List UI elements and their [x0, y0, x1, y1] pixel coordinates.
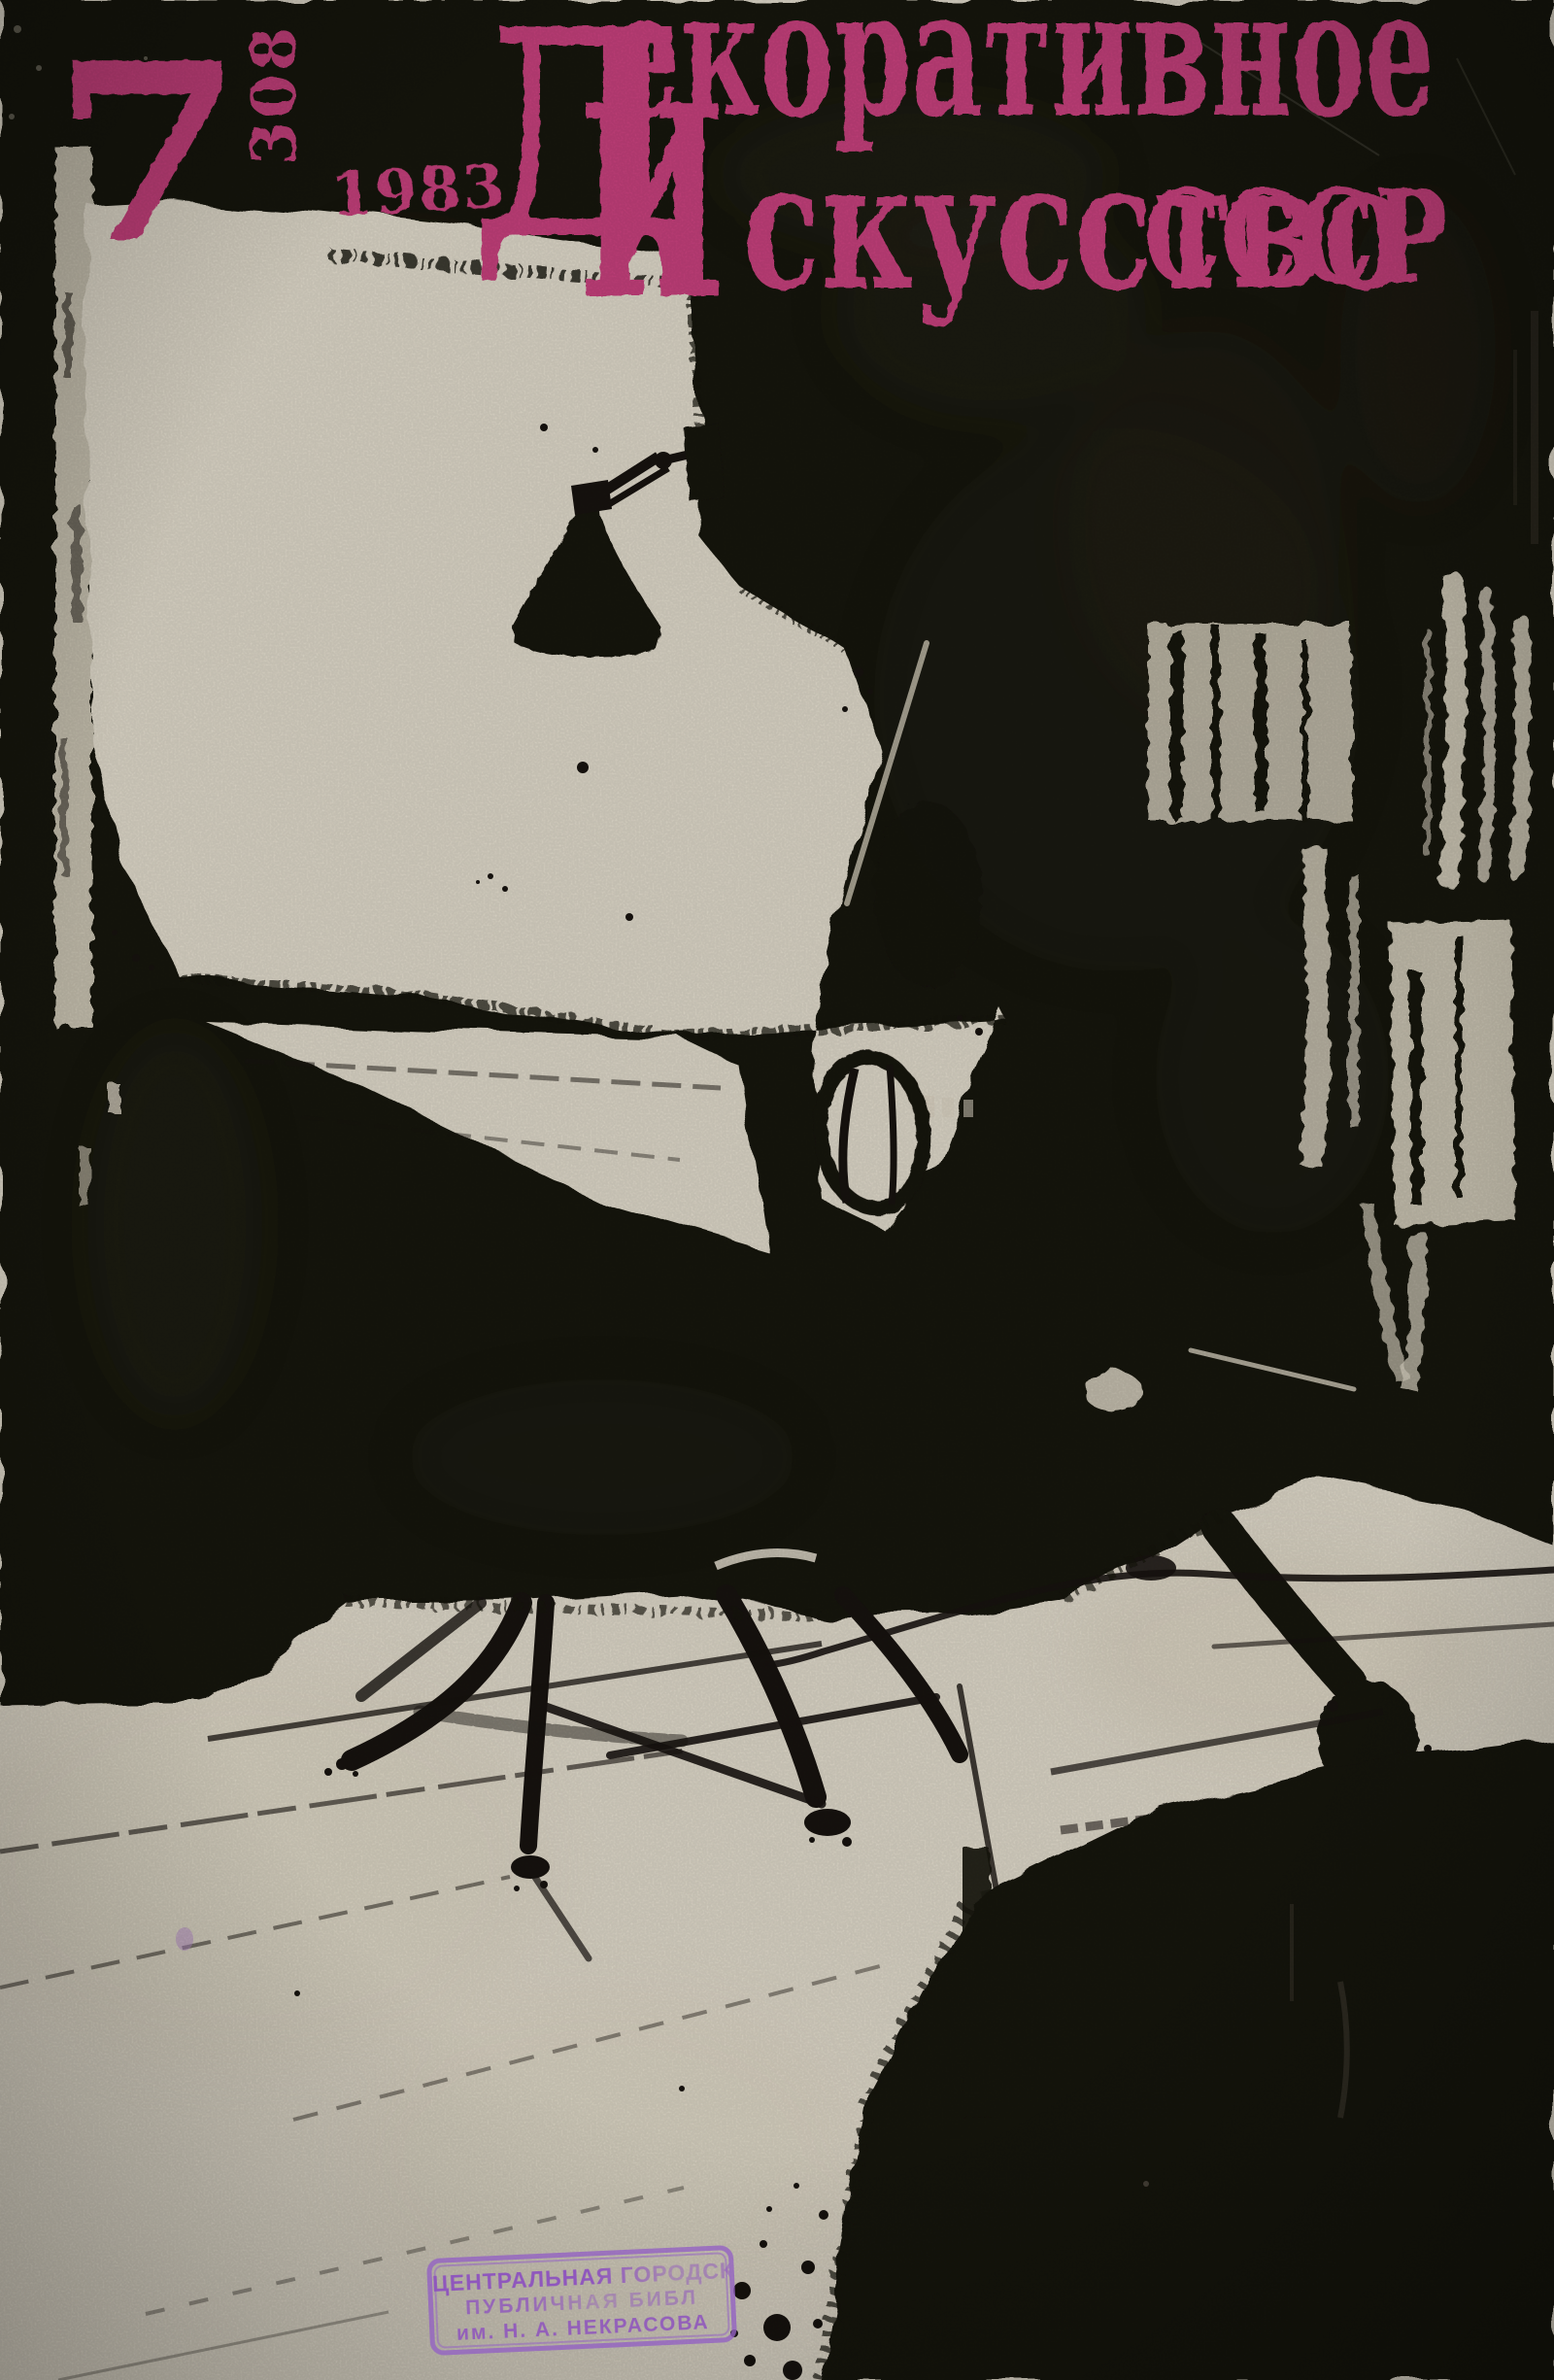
film-grain-light [0, 0, 1554, 2380]
magazine-cover: 7 308 1983 Д екоративное И скусство СССР… [0, 0, 1554, 2380]
cover-photo: 7 308 1983 Д екоративное И скусство СССР [0, 0, 1554, 2380]
library-stamp: ЦЕНТРАЛЬНАЯ ГОРОДСКАЯ ПУБЛИЧНАЯ БИБЛ им.… [426, 2245, 737, 2356]
